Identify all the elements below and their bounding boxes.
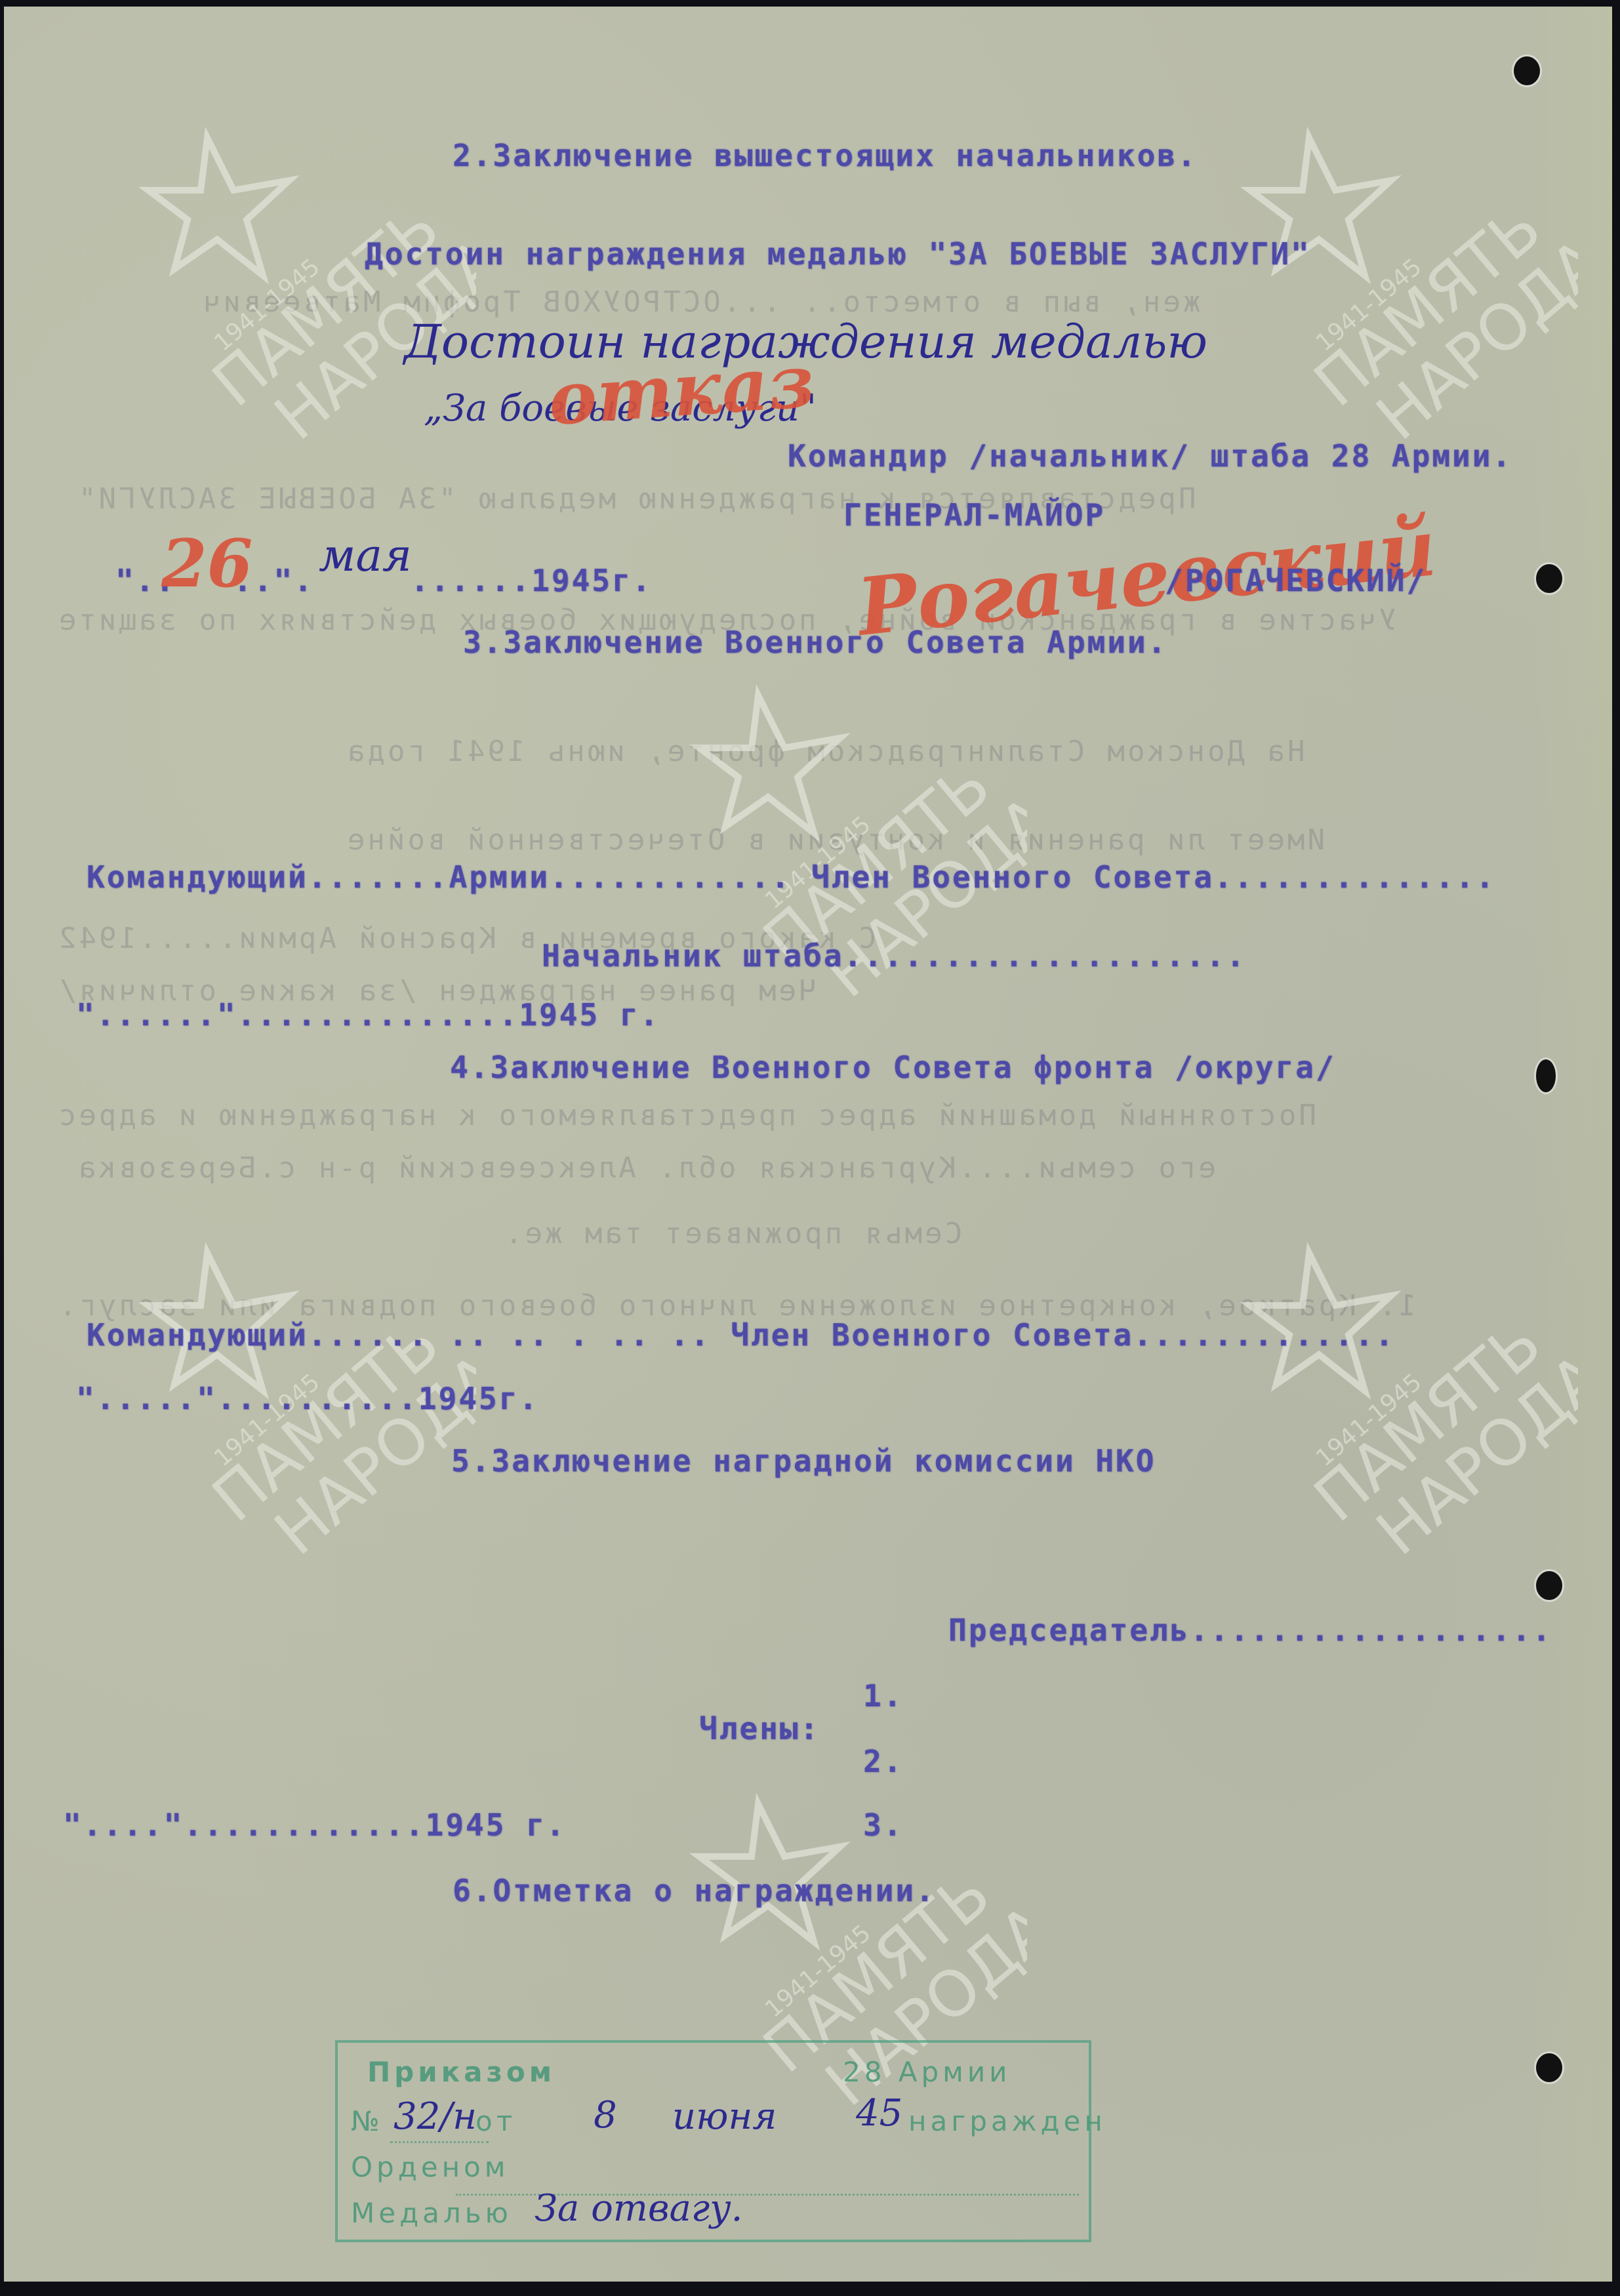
date-sep: ..". — [233, 563, 314, 598]
punch-hole — [1514, 56, 1540, 85]
stamp-order-label: Приказом — [367, 2056, 556, 2088]
stamp-medal-value: За отвагу. — [535, 2187, 742, 2230]
front-commander-line: Командующий...... .. .. . .. .. Член Вое… — [87, 1317, 1395, 1353]
member-2: 2. — [863, 1744, 903, 1779]
bleed-through-text: Постоянный домашний адрес представляемог… — [56, 1099, 1316, 1132]
punch-hole — [1536, 1059, 1556, 1092]
stamp-day-value: 8 — [594, 2094, 617, 2137]
stamp-number-value: 32/н — [394, 2095, 477, 2138]
stamp-from-label: от — [476, 2105, 516, 2137]
bleed-through-text: На Донском Сталинградском фронте, июнь 1… — [345, 735, 1305, 768]
svg-text:1941-1945: 1941-1945 — [760, 1919, 876, 2023]
members-label: Члены: — [699, 1711, 820, 1746]
svg-text:НАРОДА: НАРОДА — [812, 782, 1027, 1010]
section-4-heading: 4.Заключение Военного Совета фронта /окр… — [450, 1050, 1336, 1085]
signer-title: Командир /начальник/ штаба 28 Армии. — [788, 438, 1512, 474]
svg-text:1941-1945: 1941-1945 — [1311, 253, 1427, 357]
bleed-through-text: его семьи....Курганская обл. Алексеевски… — [76, 1151, 1216, 1185]
section-2-heading: 2.Заключение вышестоящих начальников. — [453, 138, 1198, 173]
svg-text:НАРОДА: НАРОДА — [1363, 1340, 1578, 1568]
star-icon — [148, 138, 289, 276]
date-month-handwritten: мая — [319, 530, 412, 582]
commission-date-line: "...."............1945 г. — [63, 1807, 566, 1843]
army-commander-line: Командующий.......Армии............ Член… — [87, 859, 1496, 895]
punch-hole — [1536, 1571, 1562, 1600]
punch-hole — [1536, 564, 1562, 593]
stamp-year-value: 45 — [856, 2092, 902, 2135]
date-suffix: ......1945г. — [411, 563, 652, 598]
front-date-line: "....."..........1945г. — [76, 1381, 539, 1416]
bleed-through-text: Семья проживает там же. — [502, 1217, 962, 1250]
stamp-awarded-label: награжден — [908, 2105, 1106, 2137]
document-page: жен, вып в отместо.. ...ОСТРОУХОВ Трофим… — [4, 7, 1612, 2282]
stamp-order-award-label: Орденом — [351, 2151, 509, 2183]
svg-text:НАРОДА: НАРОДА — [1363, 224, 1578, 453]
stamp-army-label: 28 Армии — [843, 2056, 1011, 2088]
chief-of-staff-line: Начальник штаба.................... — [542, 938, 1246, 974]
punch-hole — [1536, 2053, 1562, 2082]
watermark-pamyat-naroda: 1941-1945 ПАМЯТЬ НАРОДА — [1237, 112, 1578, 453]
stamp-number-underline — [390, 2141, 489, 2143]
section-6-heading: 6.Отметка о награждении. — [453, 1873, 936, 1908]
signer-name: /РОГАЧЕВСКИЙ/ — [1165, 563, 1427, 598]
stamp-number-label: № — [351, 2105, 384, 2137]
member-3: 3. — [863, 1807, 903, 1843]
typed-award-verdict: Достоин награждения медалью "ЗА БОЕВЫЕ З… — [365, 236, 1311, 272]
date-line: ".. 26 ..". мая ......1945г. — [115, 531, 706, 623]
svg-text:ПАМЯТЬ: ПАМЯТЬ — [1301, 191, 1555, 421]
army-date-line: "......"..............1945 г. — [76, 997, 660, 1033]
section-5-heading: 5.Заключение наградной комиссии НКО — [451, 1443, 1156, 1479]
chairman-line: Председатель.................. — [948, 1612, 1552, 1648]
bleed-through-text: жен, вып в отместо.. ...ОСТРОУХОВ Трофим… — [201, 285, 1201, 319]
stamp-month-value: июня — [672, 2095, 777, 2138]
bleed-through-text: Имеет ли ранения и контузии в Отечествен… — [345, 823, 1325, 857]
award-order-stamp: Приказом 28 Армии № 32/н от 8 июня 45 на… — [335, 2040, 1091, 2242]
section-3-heading: 3.Заключение Военного Совета Армии. — [463, 625, 1167, 660]
svg-text:НАРОДА: НАРОДА — [261, 1340, 476, 1568]
svg-text:1941-1945: 1941-1945 — [1311, 1368, 1427, 1472]
member-1: 1. — [863, 1678, 903, 1713]
stamp-medal-label: Медалью — [351, 2197, 512, 2229]
signer-rank: ГЕНЕРАЛ-МАЙОР — [843, 497, 1105, 533]
watermark-pamyat-naroda: 1941-1945 ПАМЯТЬ НАРОДА — [1237, 1227, 1578, 1568]
